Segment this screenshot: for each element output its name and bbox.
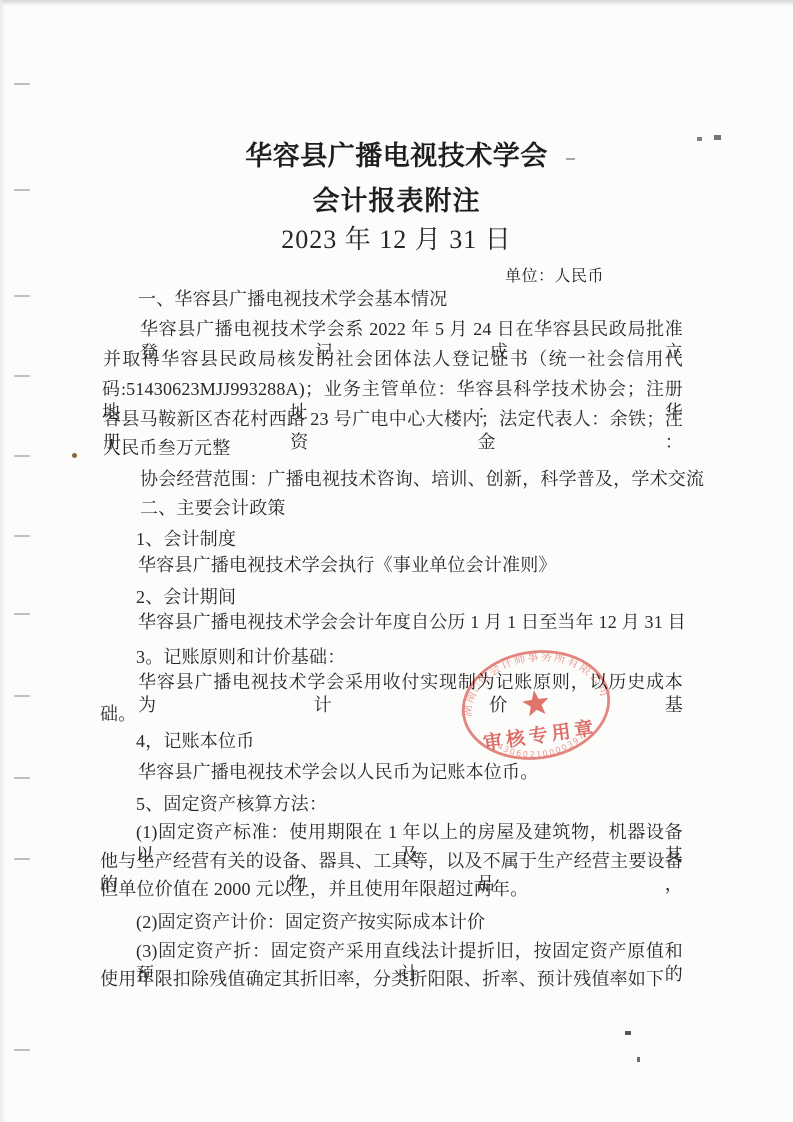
- currency-unit-label: 单位：人民币: [505, 263, 604, 286]
- scan-edge-shadow-top: [0, 0, 793, 6]
- document-line: 并取得华容县民政局核发的社会团体法人登记证书（统一社会信用代: [103, 348, 683, 371]
- binding-mark: [14, 777, 30, 779]
- report-date: 2023 年 12 月 31 日: [0, 219, 793, 256]
- document-line: 协会经营范围：广播电视技术咨询、培训、创新，科学普及，学术交流: [140, 468, 704, 491]
- document-line: 人民币叁万元整: [103, 437, 230, 460]
- binding-mark: [14, 83, 30, 85]
- scan-speck: [625, 1031, 631, 1035]
- binding-mark: [14, 189, 30, 191]
- binding-mark: [14, 858, 30, 860]
- binding-mark: [14, 535, 30, 537]
- document-line: 但单位价值在 2000 元以上，并且使用年限超过两年。: [100, 878, 528, 901]
- document-line: 础。: [100, 703, 136, 726]
- binding-mark: [14, 375, 30, 377]
- binding-mark: [14, 295, 30, 297]
- document-line: 华容县广播电视技术学会会计年度自公历 1 月 1 日至当年 12 月 31 目: [138, 611, 686, 634]
- document-line: (2)固定资产计价：固定资产按实际成本计价: [136, 911, 485, 934]
- star-icon: [521, 688, 551, 717]
- audit-stamp: 湖南□信会计师事务所有限公司 审核专用章 43060210000397: [456, 645, 620, 771]
- binding-mark: [14, 695, 30, 697]
- page-subtitle: 会计报表附注: [0, 179, 793, 218]
- binding-mark: [14, 613, 30, 615]
- document-line: 使用年限扣除残值确定其折旧率，分类折阳限、折率、预计残值率如下: [100, 968, 664, 991]
- scan-speck: [697, 137, 702, 141]
- document-line: 一、华容县广播电视技术学会基本情况: [138, 288, 447, 311]
- scan-speck: [637, 1057, 640, 1062]
- document-line: 二、主要会计政策: [140, 497, 286, 520]
- page-title: 华容县广播电视技术学会: [0, 134, 793, 173]
- document-line: 华容县广播电视技术学会执行《事业单位会计准则》: [138, 554, 557, 577]
- binding-mark: [14, 1049, 30, 1051]
- document-line: 4，记账本位币: [136, 730, 254, 753]
- document-line: 2、会计期间: [136, 586, 236, 609]
- scan-speck: [72, 453, 77, 458]
- scanned-document-page: 华容县广播电视技术学会 会计报表附注 2023 年 12 月 31 日 单位：人…: [0, 0, 793, 1122]
- document-line: 1、会计制度: [136, 528, 236, 551]
- scan-speck: [566, 158, 575, 160]
- document-line: 3。记账原则和计价基础：: [136, 646, 345, 669]
- binding-mark: [14, 455, 30, 457]
- scan-speck: [714, 135, 721, 140]
- document-line: 5、固定资产核算方法：: [136, 793, 327, 816]
